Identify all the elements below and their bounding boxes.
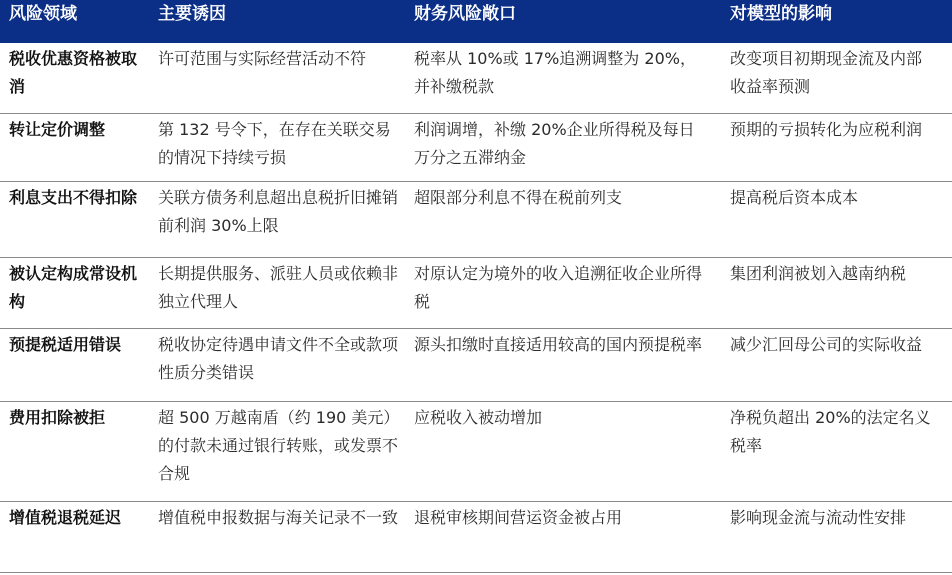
cause-cell: 超 500 万越南盾（约 190 美元）的付款未通过银行转账，或发票不合规 [158, 402, 414, 501]
table-header: 风险领域 主要诱因 财务风险敞口 对模型的影响 [0, 0, 952, 43]
risk-table: 风险领域 主要诱因 财务风险敞口 对模型的影响 税收优惠资格被取消 许可范围与实… [0, 0, 952, 573]
impact-cell: 净税负超出 20%的法定名义税率 [730, 402, 952, 501]
exposure-cell: 税率从 10%或 17%追溯调整为 20%，并补缴税款 [414, 43, 730, 113]
header-model-impact: 对模型的影响 [730, 0, 952, 43]
table-row: 转让定价调整 第 132 号令下，在存在关联交易的情况下持续亏损 利润调增，补缴… [0, 114, 952, 182]
cause-cell: 长期提供服务、派驻人员或依赖非独立代理人 [158, 258, 414, 328]
table-row: 被认定构成常设机构 长期提供服务、派驻人员或依赖非独立代理人 对原认定为境外的收… [0, 258, 952, 329]
risk-area-cell: 利息支出不得扣除 [0, 182, 158, 257]
exposure-cell: 应税收入被动增加 [414, 402, 730, 501]
risk-area-cell: 转让定价调整 [0, 114, 158, 181]
exposure-cell: 超限部分利息不得在税前列支 [414, 182, 730, 257]
exposure-cell: 退税审核期间营运资金被占用 [414, 502, 730, 572]
table-row: 费用扣除被拒 超 500 万越南盾（约 190 美元）的付款未通过银行转账，或发… [0, 402, 952, 502]
header-risk-area: 风险领域 [0, 0, 158, 43]
cause-cell: 许可范围与实际经营活动不符 [158, 43, 414, 113]
table-row: 利息支出不得扣除 关联方债务利息超出息税折旧摊销前利润 30%上限 超限部分利息… [0, 182, 952, 258]
table-row: 预提税适用错误 税收协定待遇申请文件不全或款项性质分类错误 源头扣缴时直接适用较… [0, 329, 952, 402]
exposure-cell: 对原认定为境外的收入追溯征收企业所得税 [414, 258, 730, 328]
risk-area-cell: 费用扣除被拒 [0, 402, 158, 501]
impact-cell: 改变项目初期现金流及内部收益率预测 [730, 43, 952, 113]
risk-area-cell: 预提税适用错误 [0, 329, 158, 401]
table-row: 增值税退税延迟 增值税申报数据与海关记录不一致 退税审核期间营运资金被占用 影响… [0, 502, 952, 573]
cause-cell: 税收协定待遇申请文件不全或款项性质分类错误 [158, 329, 414, 401]
impact-cell: 集团利润被划入越南纳税 [730, 258, 952, 328]
exposure-cell: 源头扣缴时直接适用较高的国内预提税率 [414, 329, 730, 401]
cause-cell: 关联方债务利息超出息税折旧摊销前利润 30%上限 [158, 182, 414, 257]
risk-area-cell: 税收优惠资格被取消 [0, 43, 158, 113]
cause-cell: 第 132 号令下，在存在关联交易的情况下持续亏损 [158, 114, 414, 181]
risk-area-cell: 增值税退税延迟 [0, 502, 158, 572]
header-main-cause: 主要诱因 [158, 0, 414, 43]
impact-cell: 预期的亏损转化为应税利润 [730, 114, 952, 181]
cause-cell: 增值税申报数据与海关记录不一致 [158, 502, 414, 572]
impact-cell: 提高税后资本成本 [730, 182, 952, 257]
exposure-cell: 利润调增，补缴 20%企业所得税及每日万分之五滞纳金 [414, 114, 730, 181]
impact-cell: 减少汇回母公司的实际收益 [730, 329, 952, 401]
table-row: 税收优惠资格被取消 许可范围与实际经营活动不符 税率从 10%或 17%追溯调整… [0, 43, 952, 114]
impact-cell: 影响现金流与流动性安排 [730, 502, 952, 572]
header-financial-exposure: 财务风险敞口 [414, 0, 730, 43]
risk-area-cell: 被认定构成常设机构 [0, 258, 158, 328]
